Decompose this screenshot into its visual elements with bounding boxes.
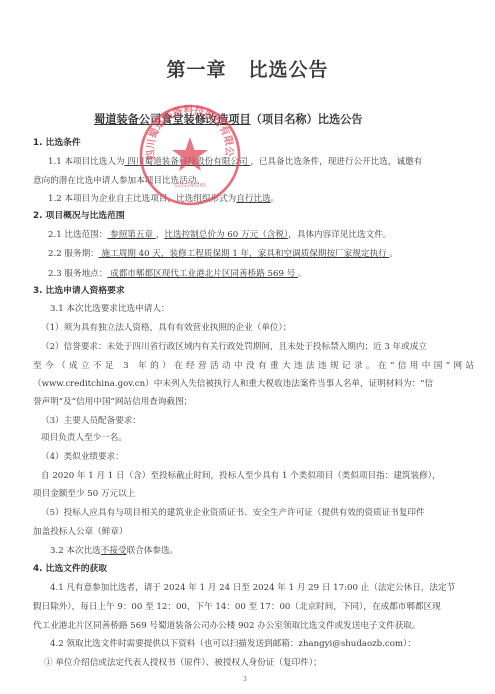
page-number: 3 — [243, 676, 247, 683]
section-2-heading: 2. 项目概况与比选范围 — [33, 210, 125, 222]
para-1-2: 1.2 本项目为企业自主比选项目，比选组织形式为自行比选。 — [48, 193, 279, 205]
para-4-1-line-3: 代工业港北片区同善桥路 569 号蜀道装备公司办公楼 902 办公室领取比选文件… — [33, 620, 420, 632]
req-5-line-1: （5）投标人应具有与项目相关的建筑业企业资质证书、安全生产许可证（提供有效的资质… — [41, 507, 425, 519]
chapter-title: 第一章比选公告 — [0, 55, 495, 82]
para-4-1-line-2: 假日除外），每日上午 9：00 至 12：00，下午 14：00 至 17：00… — [33, 601, 441, 613]
para-2-1: 2.1 比选范围： 参照第五章 ，比选控制总价为 60 万元（含税），具体内容详… — [48, 229, 391, 241]
req-2-line-4: 誉声明”及“信用中国”网站信用查询截图； — [33, 396, 192, 408]
para-4-2: 4.2 领取比选文件时需要提供以下资料（也可以扫描发送到邮箱：zhangyi@s… — [50, 638, 416, 650]
selector-name: 四川蜀道装备科技股份有限公司 — [125, 157, 251, 167]
req-2-line-1: （2）信誉要求：未处于四川省行政区域内有关行政处罚期间，且未处于投标禁入期内；近… — [41, 341, 427, 353]
notice-title: 蜀道装备公司食堂装修改造项目（项目名称）比选公告 — [94, 111, 363, 127]
para-1-1: 1.1 本项目比选人为 四川蜀道装备科技股份有限公司 ，已具备比选条件，现进行公… — [48, 156, 422, 168]
req-4: （4）类似业绩要求： — [41, 451, 124, 463]
para-3-2: 3.2 本次比选不接受联合体参选。 — [50, 545, 178, 557]
chapter-number: 第一章 — [166, 59, 226, 81]
req-2-line-2: 至今（成立不足 3 年的）在经营活动中没有重大违法违规记录。在“信用中国”网站 — [33, 360, 478, 372]
section-3-heading: 3. 比选申请人资格要求 — [33, 285, 125, 297]
chapter-name: 比选公告 — [249, 59, 329, 81]
section-1-heading: 1. 比选条件 — [33, 137, 81, 149]
section-4-heading: 4. 比选文件的获取 — [33, 563, 107, 575]
para-1-1-cont: 意向的潜在比选申请人参加本项目比选活动。 — [33, 175, 205, 187]
list-item-1: ① 单位介绍信或法定代表人授权书（原件）、被授权人身份证（复印件）； — [44, 657, 322, 669]
req-4-line-1: 自 2020 年 1 月 1 日（含）至投标截止时间，投标人至少具有 1 个类似… — [41, 470, 441, 482]
req-3: （3）主要人员配备要求： — [41, 415, 141, 427]
project-name: 蜀道装备公司食堂装修改造项目 — [94, 113, 251, 126]
para-2-3: 2.3 服务地点： 成都市郫都区现代工业港北片区同善桥路 569 号 。 — [48, 268, 307, 280]
para-2-2: 2.2 服务期： 施工周期 40 天，装修工程质保期 1 年，家具和空调质保期按… — [48, 248, 398, 260]
notice-title-suffix: （项目名称）比选公告 — [251, 113, 363, 126]
req-3-text: 项目负责人至少一名。 — [41, 432, 127, 444]
req-2-line-3: （www.creditchina.gov.cn）中未列入失信被执行人和重大税收违… — [33, 378, 433, 390]
document-page: 第一章比选公告 蜀道装备公司食堂装修改造项目（项目名称）比选公告 1. 比选条件… — [0, 0, 495, 694]
req-5-line-2: 加盖投标人公章（鲜章） — [33, 526, 128, 538]
req-4-line-2: 项目金额至少 50 万元以上 — [33, 488, 135, 500]
para-3-1: 3.1 本次比选要求比选申请人： — [50, 303, 170, 315]
para-4-1-line-1: 4.1 凡有意参加比选者，请于 2024 年 1 月 24 日至 2024 年 … — [50, 582, 455, 594]
req-1: （1）须为具有独立法人资格，具有有效营业执照的企业（单位）； — [41, 322, 291, 334]
